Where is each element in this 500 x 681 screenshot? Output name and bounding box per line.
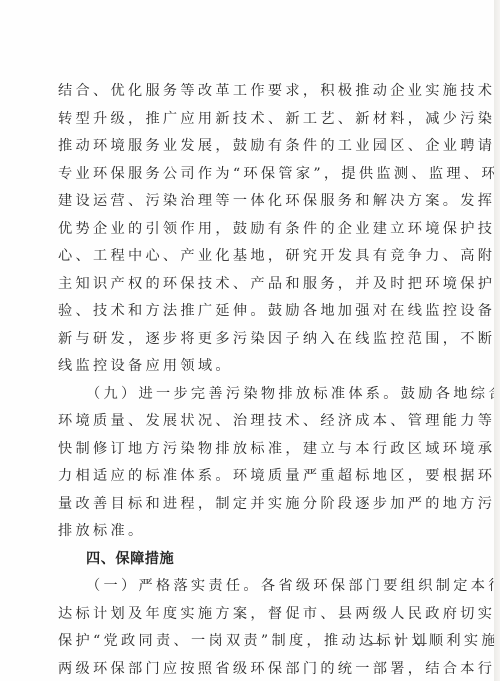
body-line: 排放标准。 — [58, 522, 428, 540]
body-line: 结合、优化服务等改革工作要求，积极推动企业实施技术创新和 — [58, 82, 428, 100]
section-9-title-line: （九）进一步完善污染物排放标准体系。鼓励各地综合考虑 — [86, 385, 428, 403]
body-line: 优势企业的引领作用，鼓励有条件的企业建立环境保护技术中 — [58, 220, 428, 238]
section-heading: 四、保障措施 — [86, 550, 174, 568]
body-line: 量改善目标和进程，制定并实施分阶段逐步加严的地方污染物 — [58, 495, 428, 513]
page-edge — [494, 0, 500, 681]
body-line: 验、技术和方法推广延伸。鼓励各地加强对在线监控设备的创 — [58, 302, 428, 320]
body-line: 新与研发，逐步将更多污染因子纳入在线监控范围，不断拓展在 — [58, 330, 428, 348]
body-line: 两级环保部门应按照省级环保部门的统一部署，结合本行政区域 — [58, 660, 428, 678]
body-line: 线监控设备应用领域。 — [58, 357, 428, 375]
document-page: 结合、优化服务等改革工作要求，积极推动企业实施技术创新和 转型升级，推广应用新技… — [0, 0, 496, 681]
body-line: 达标计划及年度实施方案，督促市、县两级人民政府切实落实环境 — [58, 605, 428, 623]
page-number: — 7 — — [360, 636, 440, 651]
body-line: 建设运营、污染治理等一体化环保服务和解决方案。发挥环保 — [58, 192, 428, 210]
body-line: 转型升级，推广应用新技术、新工艺、新材料，减少污染物排放。 — [58, 110, 428, 128]
body-line: 专业环保服务公司作为“环保管家”，提供监测、监理、环保设施 — [58, 165, 428, 183]
body-line: 心、工程中心、产业化基地，研究开发具有竞争力、高附加值和自 — [58, 247, 428, 265]
body-line: 主知识产权的环保技术、产品和服务，并及时把环境保护先进经 — [58, 275, 428, 293]
body-line: 快制修订地方污染物排放标准，建立与本行政区域环境承载能 — [58, 440, 428, 458]
body-line: 推动环境服务业发展，鼓励有条件的工业园区、企业聘请第三方 — [58, 137, 428, 155]
body-line: 力相适应的标准体系。环境质量严重超标地区，要根据环境质 — [58, 467, 428, 485]
body-line: 环境质量、发展状况、治理技术、经济成本、管理能力等因素，加 — [58, 412, 428, 430]
section-4-1-title-line: （一）严格落实责任。各省级环保部门要组织制定本行政区域 — [86, 577, 428, 595]
